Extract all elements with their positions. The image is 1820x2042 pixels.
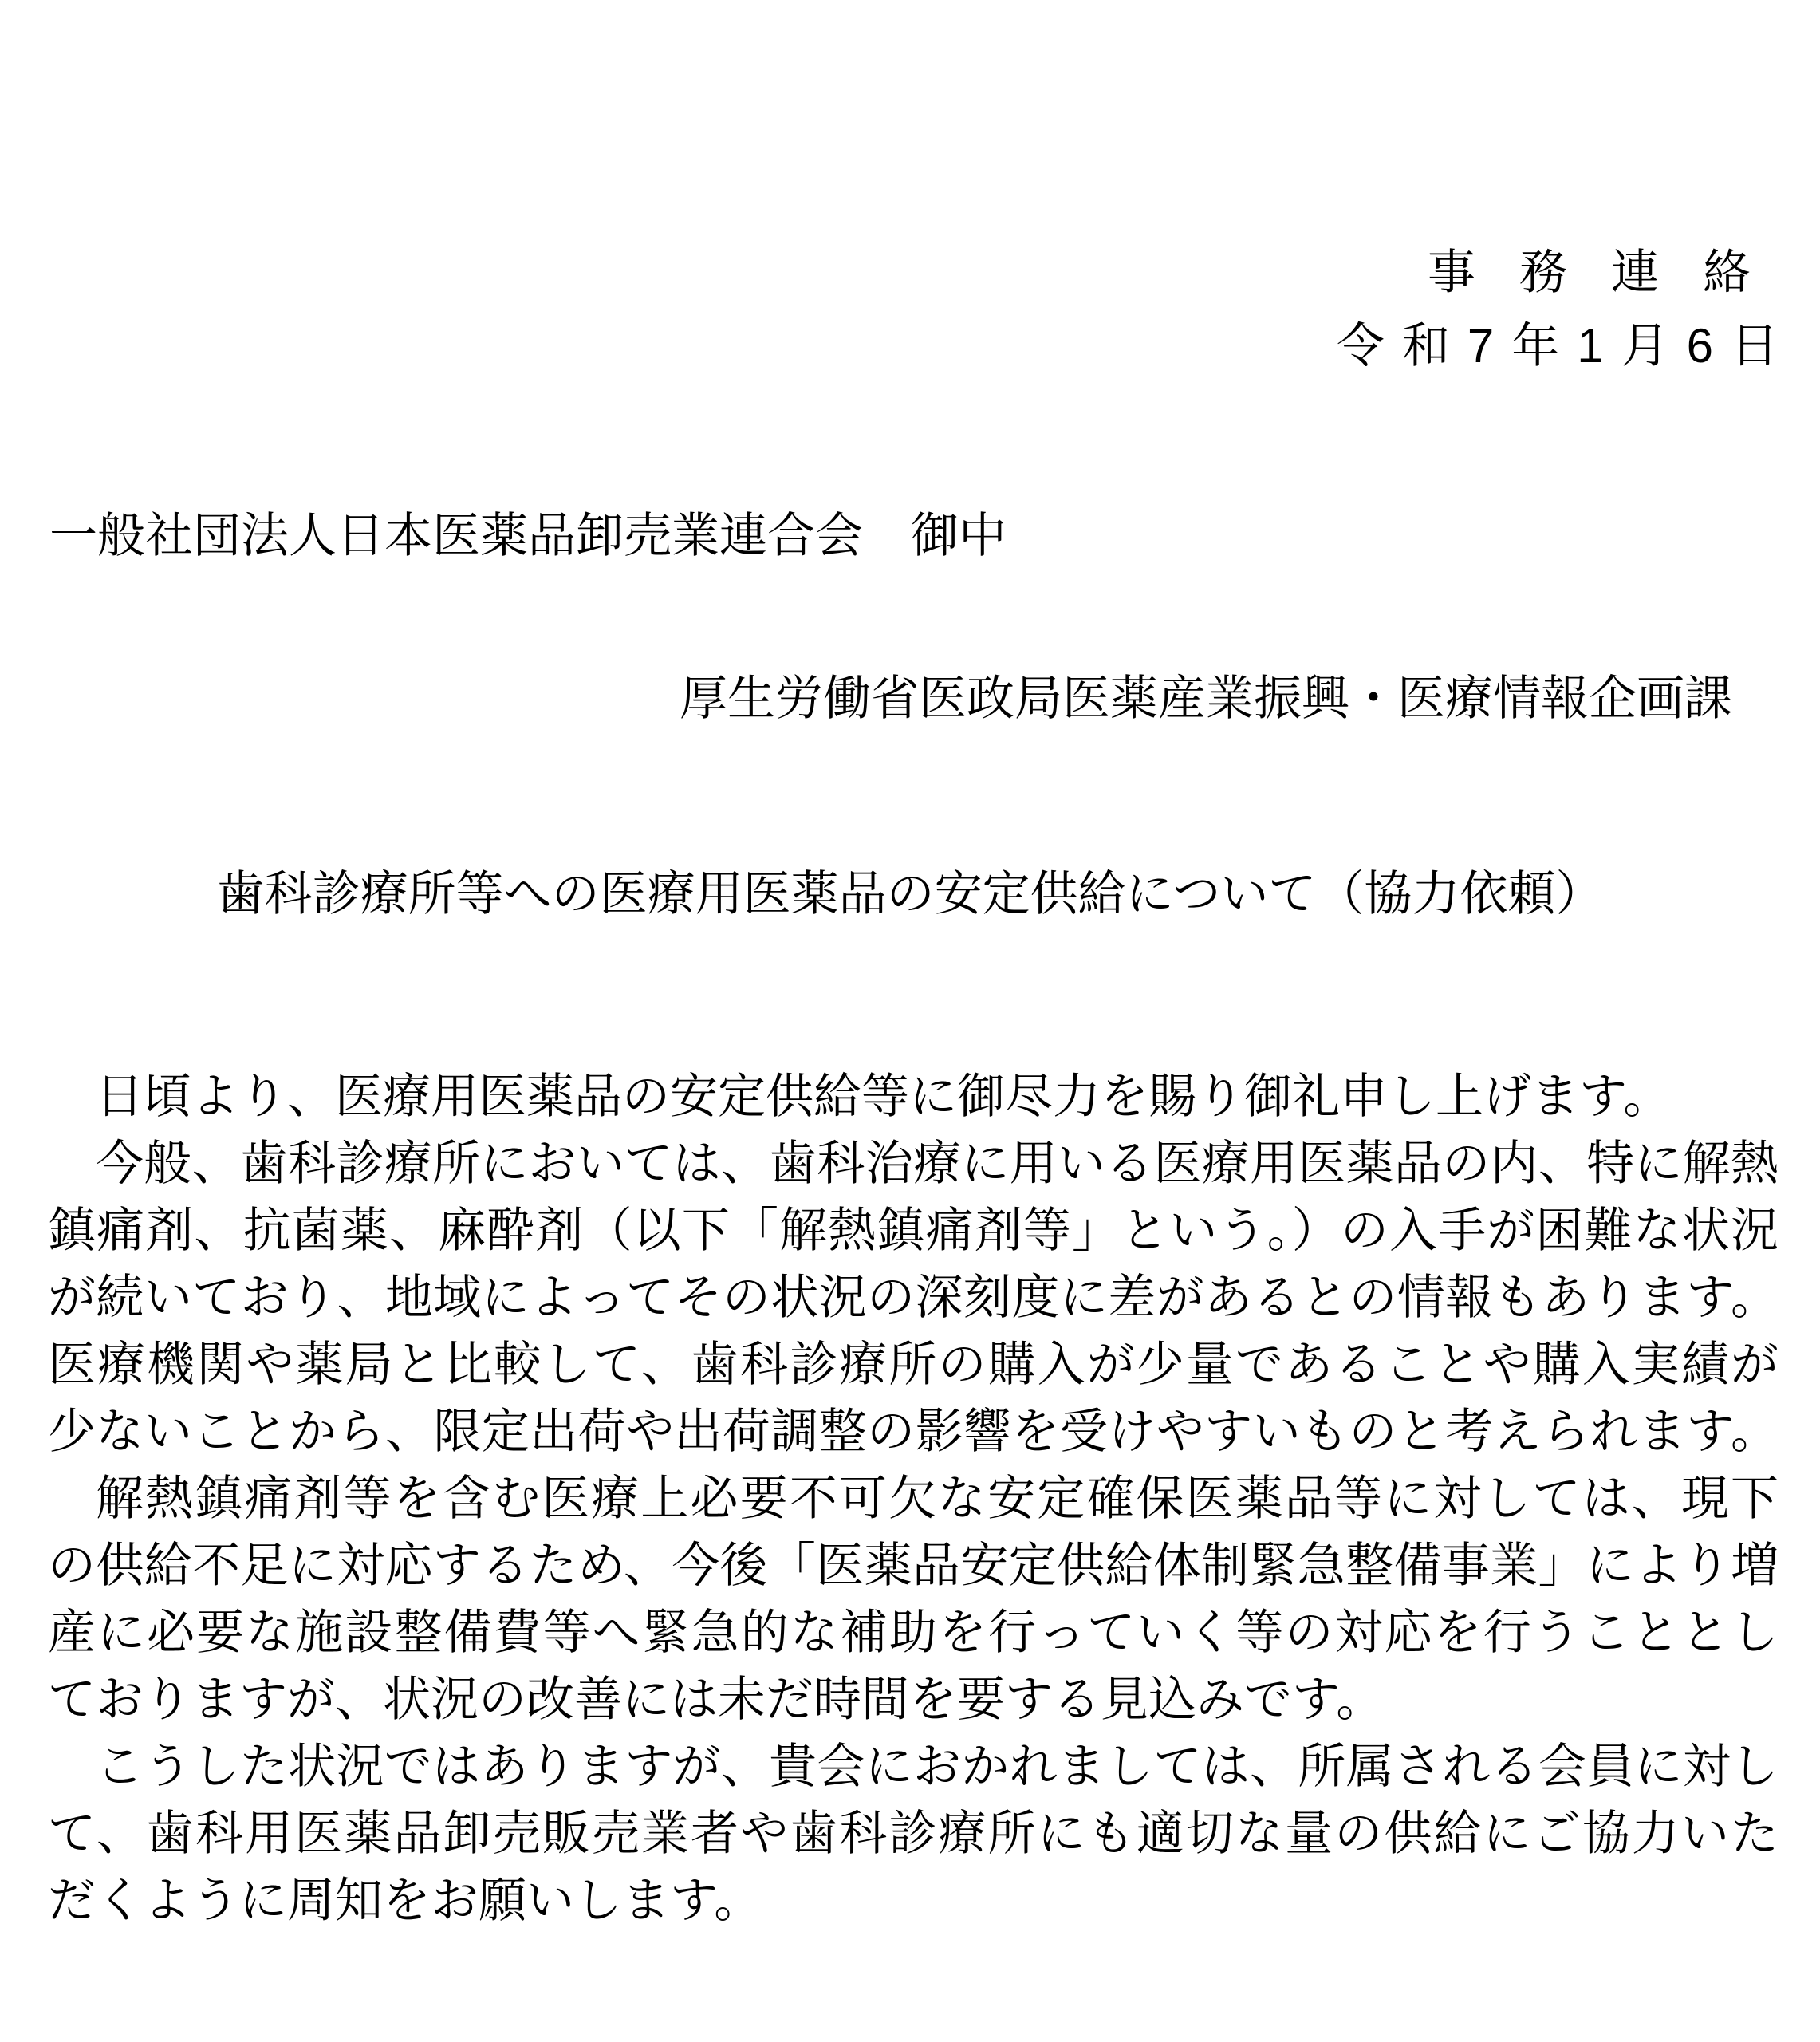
body-line-3: 鎮痛剤、抗菌薬、麻酔剤（以下「解熱鎮痛剤等」という。）の入手が困難な状況 [48,1197,1779,1264]
body-line-8: の供給不足に対応するため、今後「医薬品安定供給体制緊急整備事業」により増 [48,1532,1779,1599]
body-line-11: こうした状況ではありますが、貴会におかれましては、所属される会員に対し [48,1733,1779,1800]
body-line-7: 解熱鎮痛剤等を含む医療上必要不可欠な安定確保医薬品等に対しては、現下 [48,1465,1779,1532]
document-page: 事務連絡 令和7年1月6日 一般社団法人日本医薬品卸売業連合会 御中 厚生労働省… [0,0,1820,2042]
body-line-10: ておりますが、状況の改善には未だ時間を要する見込みです。 [48,1666,1779,1733]
addressee-line: 一般社団法人日本医薬品卸売業連合会 御中 [0,507,1820,565]
body-line-13: だくように周知をお願いします。 [48,1867,1779,1934]
document-title: 歯科診療所等への医療用医薬品の安定供給について（協力依頼） [0,865,1820,923]
body-line-6: 少ないことから、限定出荷や出荷調整の影響を受けやすいものと考えられます。 [48,1398,1779,1465]
body-line-5: 医療機関や薬局と比較して、歯科診療所の購入が少量であることや購入実績が [48,1331,1779,1398]
body-line-2: 今般、歯科診療所においては、歯科治療に用いる医療用医薬品の内、特に解熱 [48,1130,1779,1197]
body-line-9: 産に必要な施設整備費等へ緊急的な補助を行っていく等の対応を行うこととし [48,1599,1779,1666]
body-text-block: 日頃より、医療用医薬品の安定供給等に御尽力を賜り御礼申し上げます。 今般、歯科診… [48,1063,1779,1934]
body-line-12: て、歯科用医薬品卸売販売業者や歯科診療所にも適切な量の供給にご協力いた [48,1800,1779,1867]
body-line-4: が続いており、地域によってその状況の深刻度に差があるとの情報もあります。 [48,1264,1779,1331]
sender-line: 厚生労働省医政局医薬産業振興・医療情報企画課 [0,670,1820,727]
doc-date: 令和7年1月6日 [0,317,1820,375]
doc-type-label: 事務連絡 [0,244,1820,302]
body-line-1: 日頃より、医療用医薬品の安定供給等に御尽力を賜り御礼申し上げます。 [48,1063,1779,1130]
